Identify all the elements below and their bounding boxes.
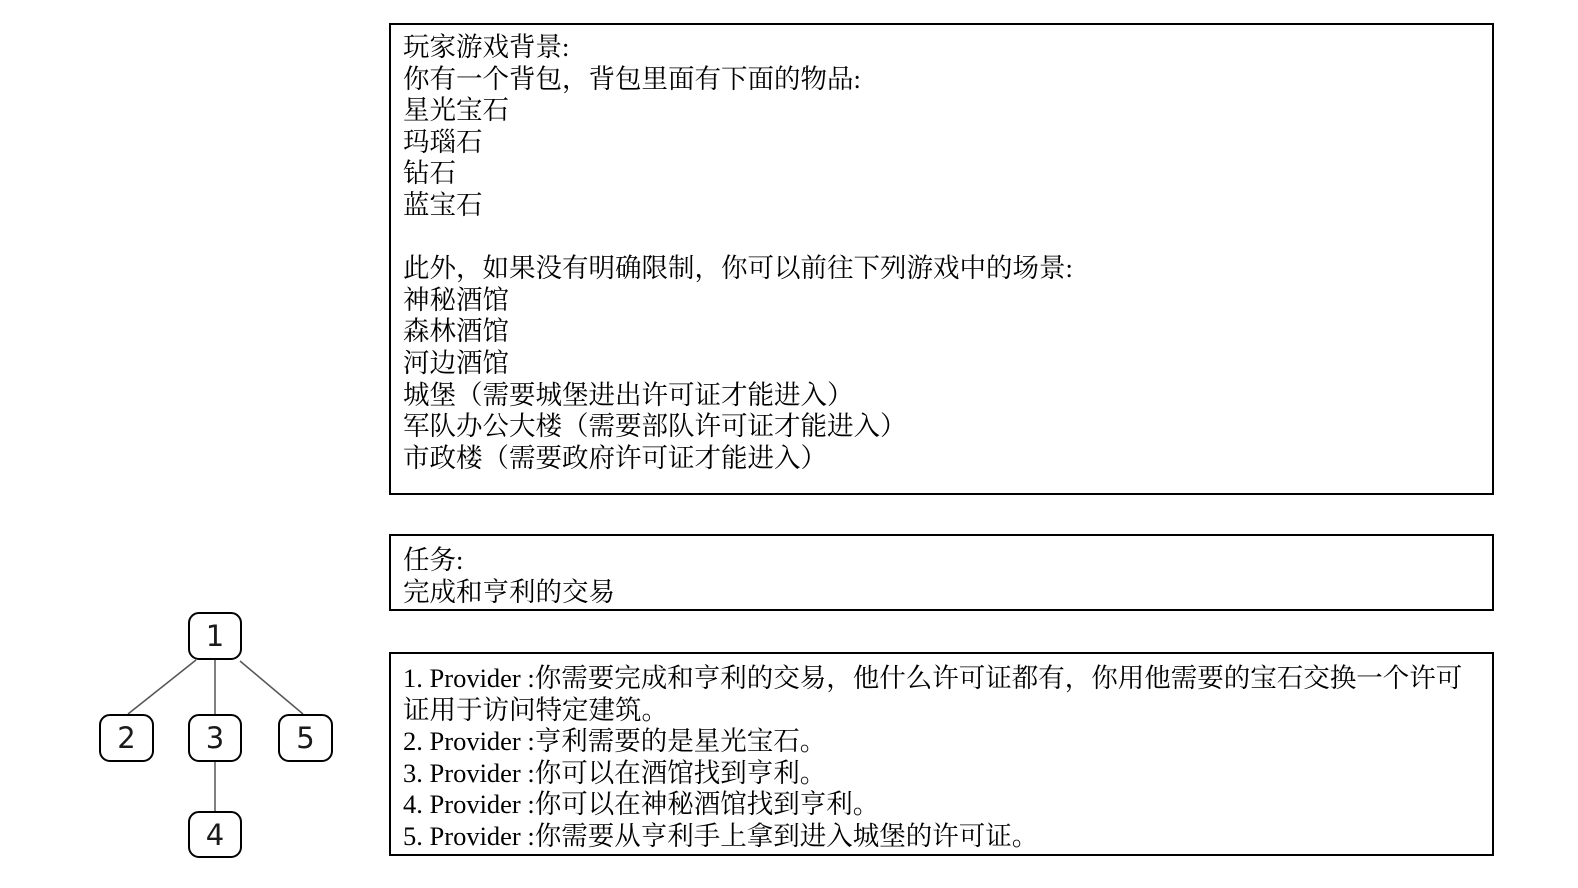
blank-line [403, 222, 1480, 254]
provider-hint: 1. Provider :你需要完成和亨利的交易，他什么许可证都有，你用他需要的… [403, 663, 1480, 726]
tree-node-2: 2 [99, 714, 154, 762]
scene-item: 城堡（需要城堡进出许可证才能进入） [403, 380, 1480, 412]
background-line: 玩家游戏背景: [403, 32, 1480, 64]
scene-item: 军队办公大楼（需要部队许可证才能进入） [403, 411, 1480, 443]
scene-item: 市政楼（需要政府许可证才能进入） [403, 443, 1480, 475]
task-description: 完成和亨利的交易 [403, 577, 1480, 609]
scene-item: 河边酒馆 [403, 348, 1480, 380]
task-box: 任务: 完成和亨利的交易 [389, 534, 1494, 611]
scene-item: 神秘酒馆 [403, 285, 1480, 317]
tree-node-4: 4 [188, 811, 242, 858]
tree-node-5: 5 [278, 714, 333, 762]
provider-hint: 4. Provider :你可以在神秘酒馆找到亨利。 [403, 789, 1480, 821]
background-box: 玩家游戏背景: 你有一个背包，背包里面有下面的物品: 星光宝石 玛瑙石 钻石 蓝… [389, 23, 1494, 495]
tree-edge-1-5 [240, 661, 303, 714]
provider-hint: 2. Provider :亨利需要的是星光宝石。 [403, 726, 1480, 758]
provider-hint: 3. Provider :你可以在酒馆找到亨利。 [403, 758, 1480, 790]
inventory-item: 钻石 [403, 158, 1480, 190]
inventory-item: 蓝宝石 [403, 190, 1480, 222]
scene-item: 森林酒馆 [403, 316, 1480, 348]
background-line: 你有一个背包，背包里面有下面的物品: [403, 64, 1480, 96]
provider-hint: 5. Provider :你需要从亨利手上拿到进入城堡的许可证。 [403, 821, 1480, 853]
inventory-item: 星光宝石 [403, 95, 1480, 127]
tree-edge-1-2 [128, 660, 196, 714]
inventory-item: 玛瑙石 [403, 127, 1480, 159]
tree-node-3: 3 [188, 714, 242, 762]
tree-node-1: 1 [188, 612, 242, 660]
provider-hints-box: 1. Provider :你需要完成和亨利的交易，他什么许可证都有，你用他需要的… [389, 652, 1494, 856]
task-label: 任务: [403, 545, 1480, 577]
background-line: 此外，如果没有明确限制，你可以前往下列游戏中的场景: [403, 253, 1480, 285]
figure-canvas: 1 2 3 4 5 玩家游戏背景: 你有一个背包，背包里面有下面的物品: 星光宝… [0, 0, 1578, 888]
